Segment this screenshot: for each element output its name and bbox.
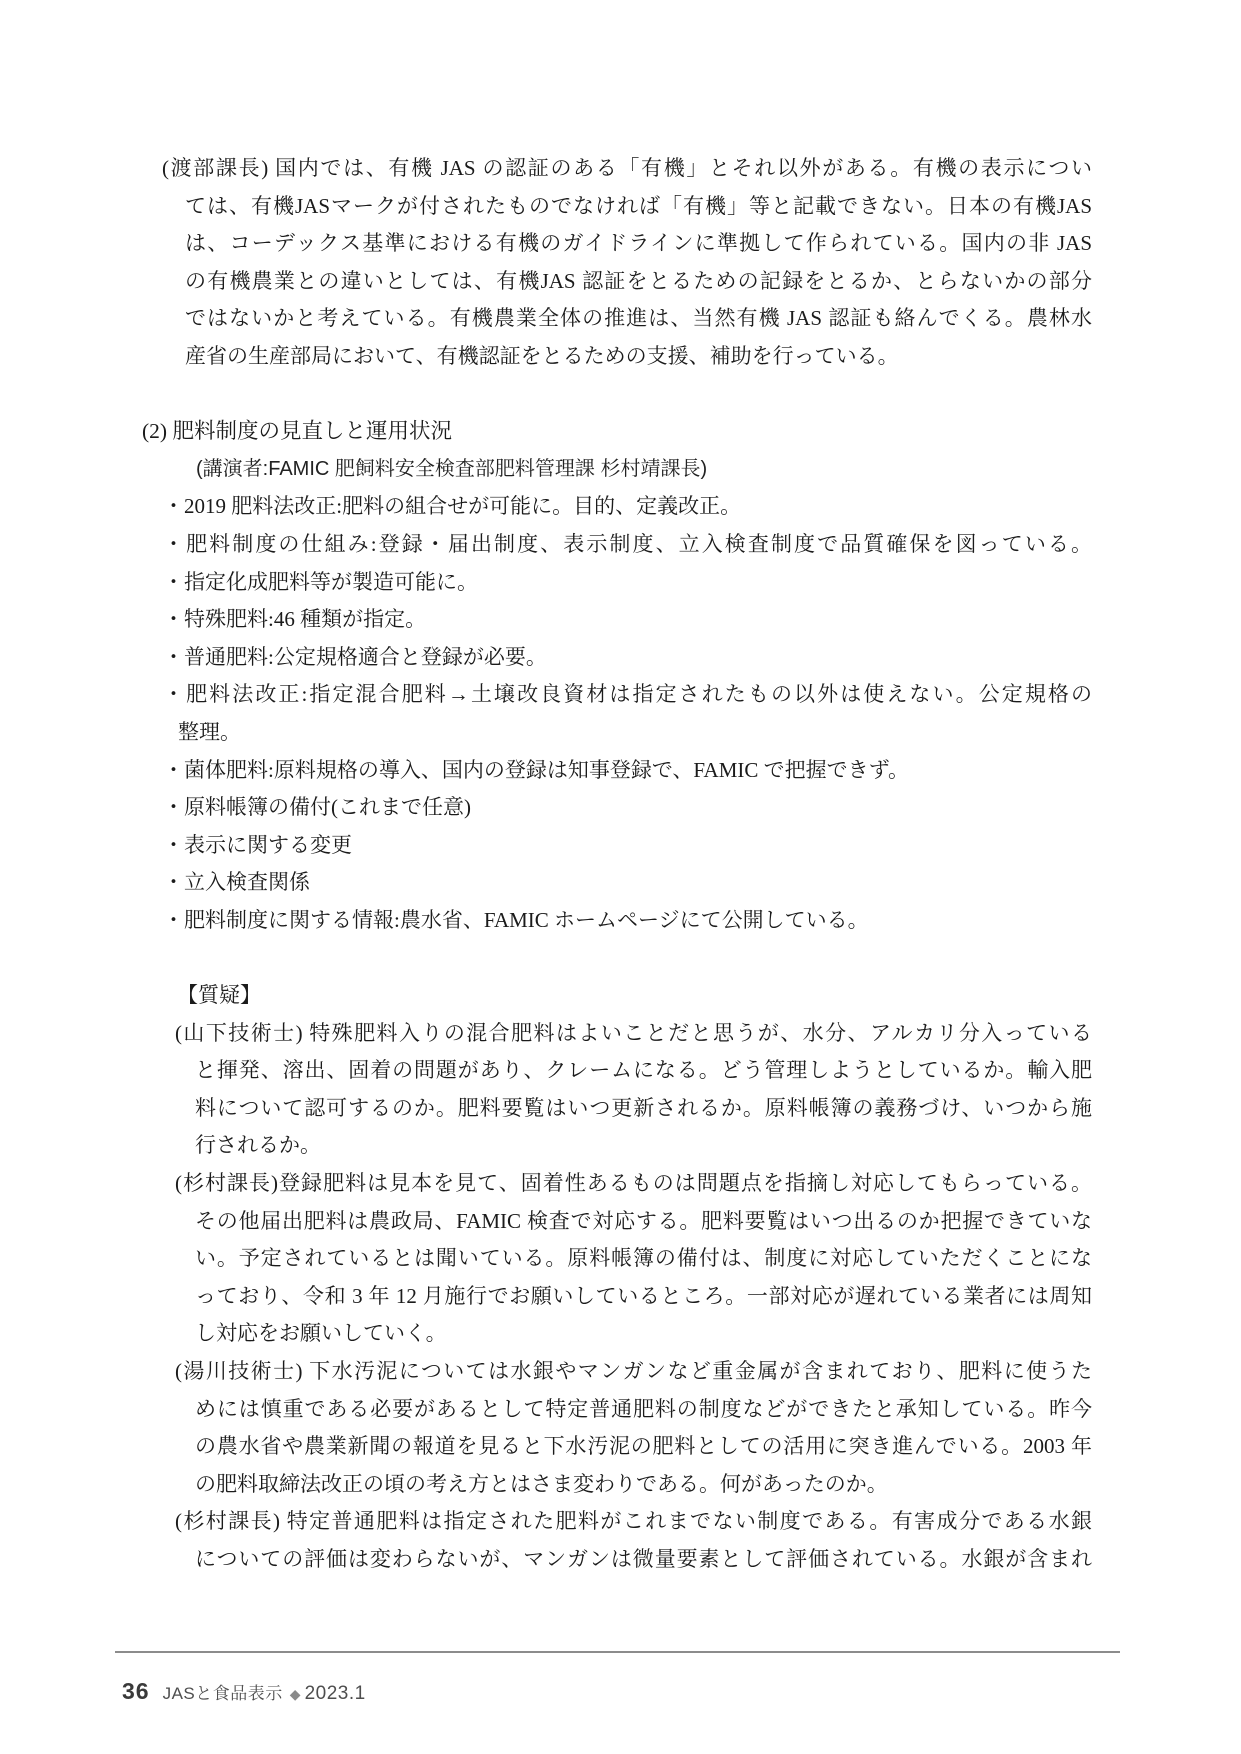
page-number: 36 (122, 1678, 150, 1705)
qa-question-line: 行されるか。 (0, 1127, 1092, 1165)
qa-question-line: 料について認可するのか。肥料要覧はいつ更新されるか。原料帳簿の義務づけ、いつから… (0, 1090, 1092, 1128)
bullet-item: ・普通肥料:公定規格適合と登録が必要。 (0, 639, 1092, 677)
page-footer: 36 JASと食品表示 ◆ 2023.1 (122, 1678, 366, 1705)
paragraph-line: 産省の生産部局において、有機認証をとるための支援、補助を行っている。 (0, 338, 1092, 376)
qa-section-title: 【質疑】 (0, 977, 1092, 1015)
section-heading: (2) 肥料制度の見直しと運用状況 (0, 413, 1092, 451)
bullet-item: ・原料帳簿の備付(これまで任意) (0, 789, 1092, 827)
bullet-item: ・表示に関する変更 (0, 827, 1092, 865)
qa-question-line: (湯川技術士) 下水汚泥については水銀やマンガンなど重金属が含まれており、肥料に… (0, 1353, 1092, 1391)
document-page: (渡部課長) 国内では、有機 JAS の認証のある「有機」とそれ以外がある。有機… (0, 0, 1241, 1754)
bullet-item-wrap: 整理。 (0, 714, 1092, 752)
qa-answer-line: し対応をお願いしていく。 (0, 1315, 1092, 1353)
qa-question-line: (山下技術士) 特殊肥料入りの混合肥料はよいことだと思うが、水分、アルカリ分入っ… (0, 1015, 1092, 1053)
bullet-item: ・特殊肥料:46 種類が指定。 (0, 601, 1092, 639)
speaker-credit: (講演者:FAMIC 肥飼料安全検査部肥料管理課 杉村靖課長) (0, 451, 1092, 489)
bullet-item: ・肥料制度に関する情報:農水省、FAMIC ホームページにて公開している。 (0, 902, 1092, 940)
qa-answer-line: (杉村課長)登録肥料は見本を見て、固着性あるものは問題点を指摘し対応してもらって… (0, 1165, 1092, 1203)
bullet-item: ・指定化成肥料等が製造可能に。 (0, 564, 1092, 602)
paragraph-line: (渡部課長) 国内では、有機 JAS の認証のある「有機」とそれ以外がある。有機… (0, 150, 1092, 188)
paragraph-line: の有機農業との違いとしては、有機JAS 認証をとるための記録をとるか、とらないか… (0, 263, 1092, 301)
paragraph-line: ではないかと考えている。有機農業全体の推進は、当然有機 JAS 認証も絡んでくる… (0, 300, 1092, 338)
qa-answer-line: その他届出肥料は農政局、FAMIC 検査で対応する。肥料要覧はいつ出るのか把握で… (0, 1203, 1092, 1241)
qa-question-line: と揮発、溶出、固着の問題があり、クレームになる。どう管理しようとしているか。輸入… (0, 1052, 1092, 1090)
blank-line (0, 376, 1092, 414)
qa-answer-line: い。予定されているとは聞いている。原料帳簿の備付は、制度に対応していただくことに… (0, 1240, 1092, 1278)
qa-question-line: めには慎重である必要があるとして特定普通肥料の制度などができたと承知している。昨… (0, 1391, 1092, 1429)
qa-question-line: の農水省や農業新聞の報道を見ると下水汚泥の肥料としての活用に突き進んでいる。20… (0, 1428, 1092, 1466)
qa-answer-line: っており、令和 3 年 12 月施行でお願いしているところ。一部対応が遅れている… (0, 1278, 1092, 1316)
paragraph-line: ては、有機JASマークが付されたものでなければ「有機」等と記載できない。日本の有… (0, 188, 1092, 226)
qa-answer-line: (杉村課長) 特定普通肥料は指定された肥料がこれまでない制度である。有害成分であ… (0, 1503, 1092, 1541)
bullet-item: ・2019 肥料法改正:肥料の組合せが可能に。目的、定義改正。 (0, 488, 1092, 526)
blank-line (0, 939, 1092, 977)
bullet-item: ・肥料制度の仕組み:登録・届出制度、表示制度、立入検査制度で品質確保を図っている… (0, 526, 1092, 564)
journal-title: JASと食品表示 (163, 1679, 283, 1704)
page-body-text: (渡部課長) 国内では、有機 JAS の認証のある「有機」とそれ以外がある。有機… (0, 150, 1092, 1579)
bullet-item: ・立入検査関係 (0, 864, 1092, 902)
paragraph-line: は、コーデックス基準における有機のガイドラインに準拠して作られている。国内の非 … (0, 225, 1092, 263)
issue-date: 2023.1 (305, 1683, 366, 1705)
bullet-item: ・菌体肥料:原料規格の導入、国内の登録は知事登録で、FAMIC で把握できず。 (0, 752, 1092, 790)
qa-answer-line: についての評価は変わらないが、マンガンは微量要素として評価されている。水銀が含ま… (0, 1541, 1092, 1579)
qa-question-line: の肥料取締法改正の頃の考え方とはさま変わりである。何があったのか。 (0, 1466, 1092, 1504)
bullet-item: ・肥料法改正:指定混合肥料→土壌改良資材は指定されたもの以外は使えない。公定規格… (0, 676, 1092, 714)
diamond-icon: ◆ (290, 1686, 301, 1703)
footer-rule (115, 1651, 1120, 1653)
